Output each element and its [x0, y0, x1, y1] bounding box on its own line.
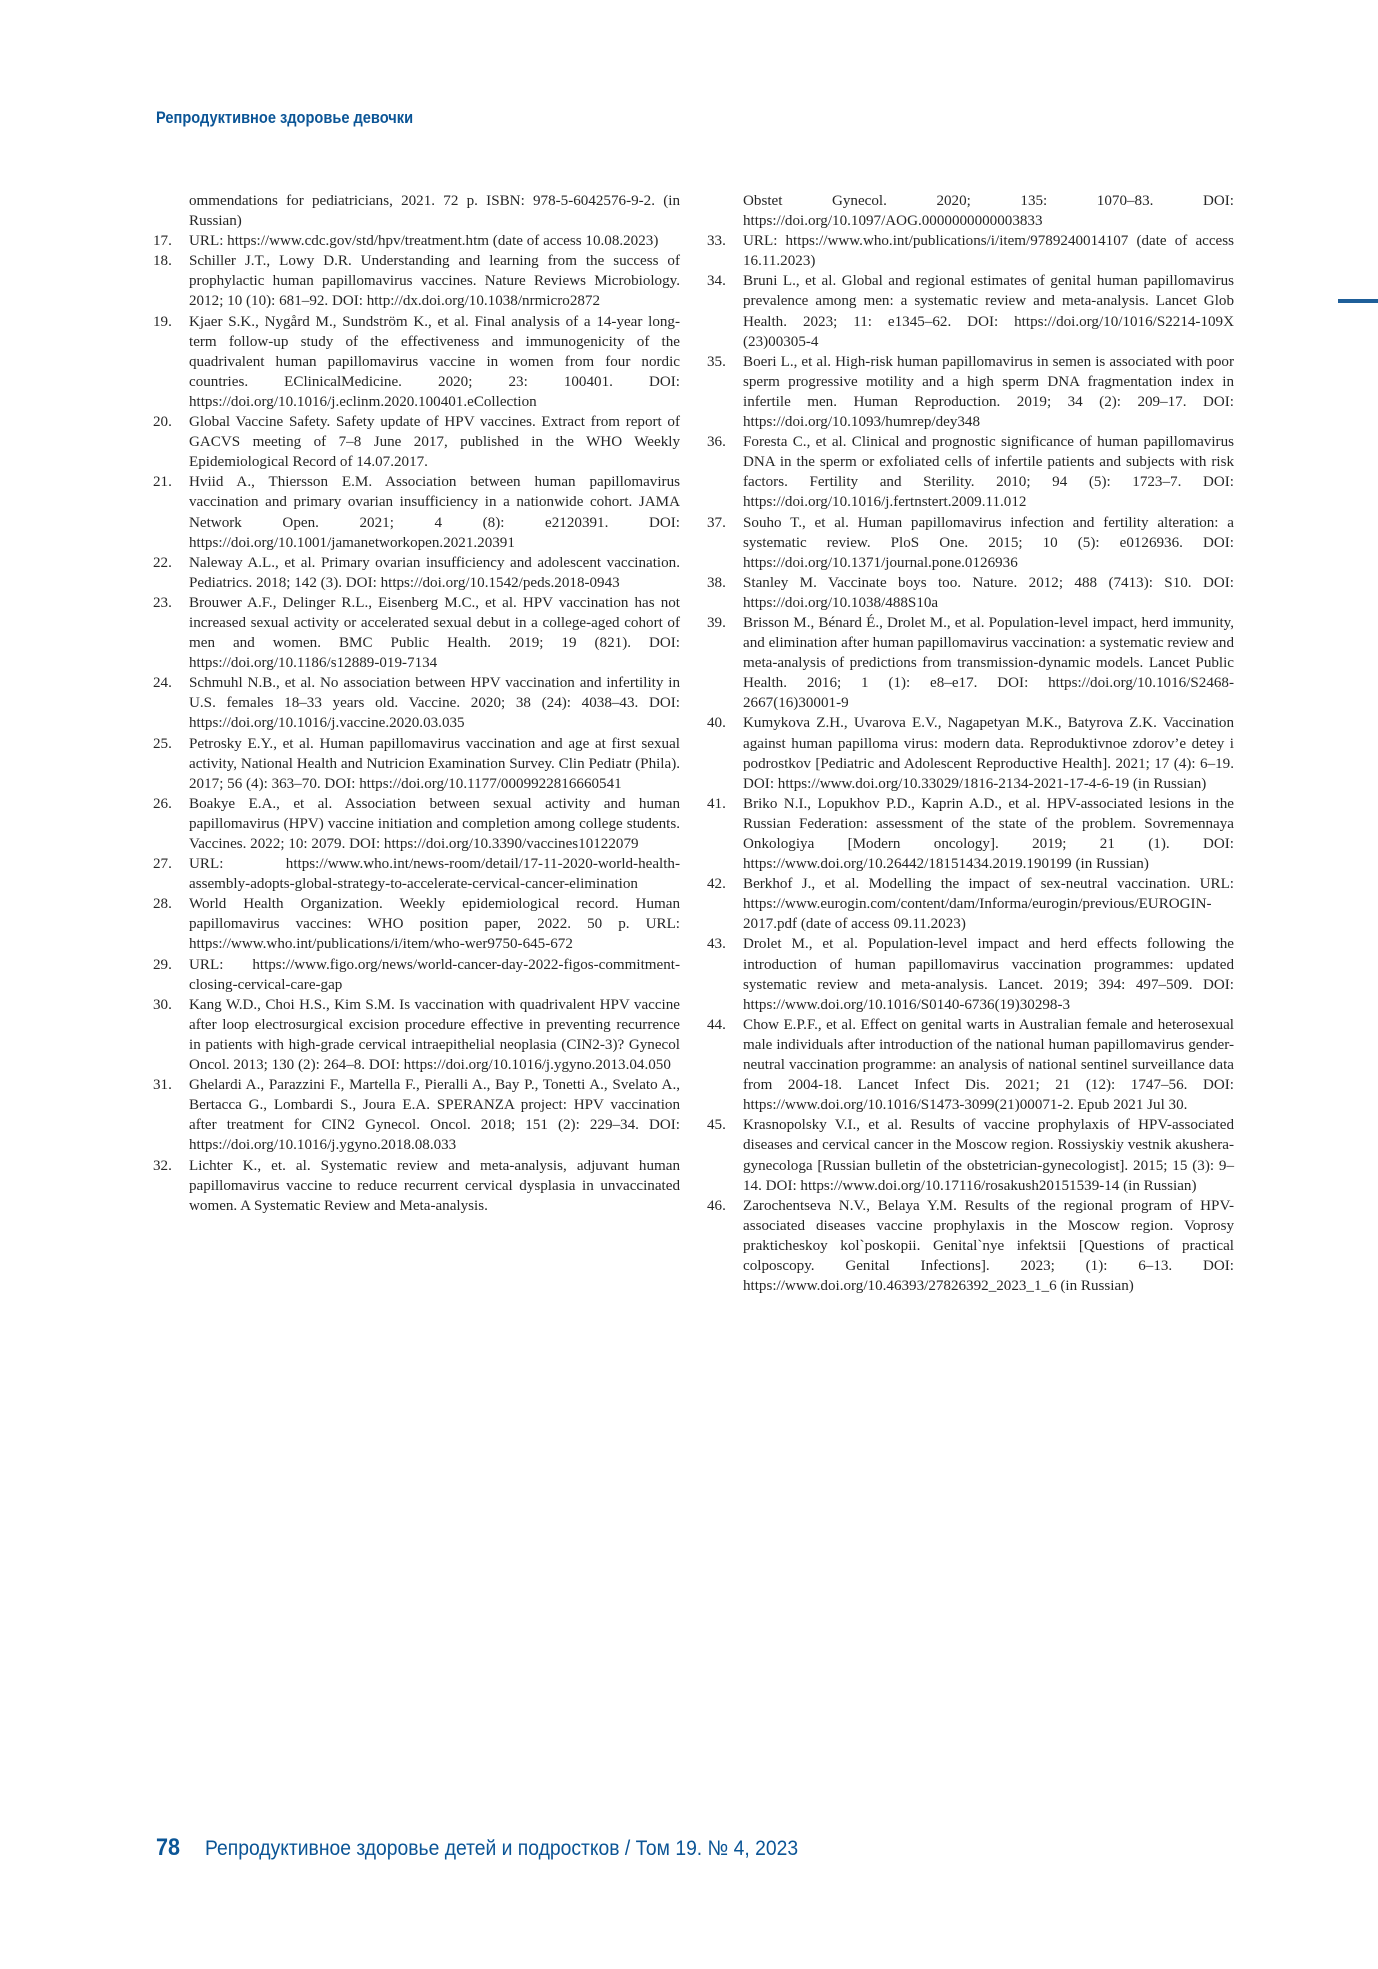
reference-number: 42.	[707, 874, 739, 894]
reference-text: URL: https://www.cdc.gov/std/hpv/treatme…	[189, 231, 680, 251]
reference-number: 40.	[707, 713, 739, 733]
reference-text: Zarochentseva N.V., Belaya Y.M. Results …	[743, 1196, 1234, 1296]
reference-item: 45.Krasnopolsky V.I., et al. Results of …	[743, 1115, 1234, 1195]
reference-item: 38.Stanley M. Vaccinate boys too. Nature…	[743, 573, 1234, 613]
reference-text: Hviid A., Thiersson E.M. Association bet…	[189, 472, 680, 552]
reference-number: 36.	[707, 432, 739, 452]
reference-text: Brisson M., Bénard É., Drolet M., et al.…	[743, 613, 1234, 713]
reference-text: URL: https://www.who.int/publications/i/…	[743, 231, 1234, 271]
reference-number: 44.	[707, 1015, 739, 1035]
reference-number: 37.	[707, 513, 739, 533]
reference-item: 20.Global Vaccine Safety. Safety update …	[189, 412, 680, 472]
reference-item: 25.Petrosky E.Y., et al. Human papilloma…	[189, 734, 680, 794]
reference-item: 34.Bruni L., et al. Global and regional …	[743, 271, 1234, 351]
reference-number: 41.	[707, 794, 739, 814]
reference-number: 21.	[153, 472, 185, 492]
reference-item: 26.Boakye E.A., et al. Association betwe…	[189, 794, 680, 854]
reference-item: 23.Brouwer A.F., Delinger R.L., Eisenber…	[189, 593, 680, 673]
reference-text: Bruni L., et al. Global and regional est…	[743, 271, 1234, 351]
references-right-column: Obstet Gynecol. 2020; 135: 1070–83. DOI:…	[743, 191, 1234, 1296]
reference-item: 21.Hviid A., Thiersson E.M. Association …	[189, 472, 680, 552]
reference-item: 39.Brisson M., Bénard É., Drolet M., et …	[743, 613, 1234, 713]
reference-number: 20.	[153, 412, 185, 432]
reference-text: Naleway A.L., et al. Primary ovarian ins…	[189, 553, 680, 593]
reference-text: Chow E.P.F., et al. Effect on genital wa…	[743, 1015, 1234, 1115]
reference-item: 37.Souho T., et al. Human papillomavirus…	[743, 513, 1234, 573]
reference-number: 34.	[707, 271, 739, 291]
reference-number: 26.	[153, 794, 185, 814]
reference-number: 35.	[707, 352, 739, 372]
reference-text: URL: https://www.who.int/news-room/detai…	[189, 854, 680, 894]
reference-item: 22.Naleway A.L., et al. Primary ovarian …	[189, 553, 680, 593]
reference-number: 25.	[153, 734, 185, 754]
reference-number: 23.	[153, 593, 185, 613]
reference-number: 18.	[153, 251, 185, 271]
reference-item: 35.Boeri L., et al. High-risk human papi…	[743, 352, 1234, 432]
reference-text: Schmuhl N.B., et al. No association betw…	[189, 673, 680, 733]
reference-number: 17.	[153, 231, 185, 251]
reference-text: Kumykova Z.H., Uvarova E.V., Nagapetyan …	[743, 713, 1234, 793]
reference-text: Boakye E.A., et al. Association between …	[189, 794, 680, 854]
reference-item: 17.URL: https://www.cdc.gov/std/hpv/trea…	[189, 231, 680, 251]
reference-item: Obstet Gynecol. 2020; 135: 1070–83. DOI:…	[743, 191, 1234, 231]
reference-text: Stanley M. Vaccinate boys too. Nature. 2…	[743, 573, 1234, 613]
reference-item: 31.Ghelardi A., Parazzini F., Martella F…	[189, 1075, 680, 1155]
reference-item: 30.Kang W.D., Choi H.S., Kim S.M. Is vac…	[189, 995, 680, 1075]
references-left-column: ommendations for pediatricians, 2021. 72…	[189, 191, 680, 1216]
reference-number: 32.	[153, 1156, 185, 1176]
reference-item: 33.URL: https://www.who.int/publications…	[743, 231, 1234, 271]
reference-text: Kjaer S.K., Nygård M., Sundström K., et …	[189, 312, 680, 412]
reference-number: 30.	[153, 995, 185, 1015]
reference-text: Global Vaccine Safety. Safety update of …	[189, 412, 680, 472]
reference-number: 38.	[707, 573, 739, 593]
reference-number: 43.	[707, 934, 739, 954]
reference-item: 18.Schiller J.T., Lowy D.R. Understandin…	[189, 251, 680, 311]
journal-citation: Репродуктивное здоровье детей и подростк…	[205, 1837, 798, 1861]
reference-number: 33.	[707, 231, 739, 251]
reference-item: ommendations for pediatricians, 2021. 72…	[189, 191, 680, 231]
reference-number: 45.	[707, 1115, 739, 1135]
reference-number: 39.	[707, 613, 739, 633]
reference-text: Krasnopolsky V.I., et al. Results of vac…	[743, 1115, 1234, 1195]
reference-item: 40.Kumykova Z.H., Uvarova E.V., Nagapety…	[743, 713, 1234, 793]
edge-tab-marker	[1338, 299, 1378, 303]
page-footer: 78 Репродуктивное здоровье детей и подро…	[156, 1834, 849, 1862]
reference-item: 32.Lichter K., et. al. Systematic review…	[189, 1156, 680, 1216]
reference-text: Souho T., et al. Human papillomavirus in…	[743, 513, 1234, 573]
reference-number: 27.	[153, 854, 185, 874]
reference-text: Ghelardi A., Parazzini F., Martella F., …	[189, 1075, 680, 1155]
reference-number: 31.	[153, 1075, 185, 1095]
reference-number: 46.	[707, 1196, 739, 1216]
reference-item: 36.Foresta C., et al. Clinical and progn…	[743, 432, 1234, 512]
reference-item: 24.Schmuhl N.B., et al. No association b…	[189, 673, 680, 733]
reference-text: ommendations for pediatricians, 2021. 72…	[189, 191, 680, 231]
reference-number: 22.	[153, 553, 185, 573]
reference-text: Briko N.I., Lopukhov P.D., Kaprin A.D., …	[743, 794, 1234, 874]
reference-text: Foresta C., et al. Clinical and prognost…	[743, 432, 1234, 512]
reference-number: 19.	[153, 312, 185, 332]
reference-item: 28.World Health Organization. Weekly epi…	[189, 894, 680, 954]
reference-text: Obstet Gynecol. 2020; 135: 1070–83. DOI:…	[743, 191, 1234, 231]
reference-text: Kang W.D., Choi H.S., Kim S.M. Is vaccin…	[189, 995, 680, 1075]
reference-number: 24.	[153, 673, 185, 693]
running-header-title: Репродуктивное здоровье девочки	[156, 108, 413, 128]
reference-item: 44.Chow E.P.F., et al. Effect on genital…	[743, 1015, 1234, 1115]
reference-text: Petrosky E.Y., et al. Human papillomavir…	[189, 734, 680, 794]
page-number: 78	[156, 1834, 180, 1862]
reference-item: 19.Kjaer S.K., Nygård M., Sundström K., …	[189, 312, 680, 412]
reference-text: Schiller J.T., Lowy D.R. Understanding a…	[189, 251, 680, 311]
reference-text: World Health Organization. Weekly epidem…	[189, 894, 680, 954]
reference-item: 43.Drolet M., et al. Population-level im…	[743, 934, 1234, 1014]
reference-text: Boeri L., et al. High-risk human papillo…	[743, 352, 1234, 432]
reference-item: 41.Briko N.I., Lopukhov P.D., Kaprin A.D…	[743, 794, 1234, 874]
reference-item: 29.URL: https://www.figo.org/news/world-…	[189, 955, 680, 995]
reference-number: 28.	[153, 894, 185, 914]
reference-number: 29.	[153, 955, 185, 975]
reference-item: 27.URL: https://www.who.int/news-room/de…	[189, 854, 680, 894]
reference-text: Lichter K., et. al. Systematic review an…	[189, 1156, 680, 1216]
reference-text: URL: https://www.figo.org/news/world-can…	[189, 955, 680, 995]
reference-text: Drolet M., et al. Population-level impac…	[743, 934, 1234, 1014]
reference-item: 46.Zarochentseva N.V., Belaya Y.M. Resul…	[743, 1196, 1234, 1296]
reference-text: Brouwer A.F., Delinger R.L., Eisenberg M…	[189, 593, 680, 673]
reference-text: Berkhof J., et al. Modelling the impact …	[743, 874, 1234, 934]
reference-item: 42.Berkhof J., et al. Modelling the impa…	[743, 874, 1234, 934]
